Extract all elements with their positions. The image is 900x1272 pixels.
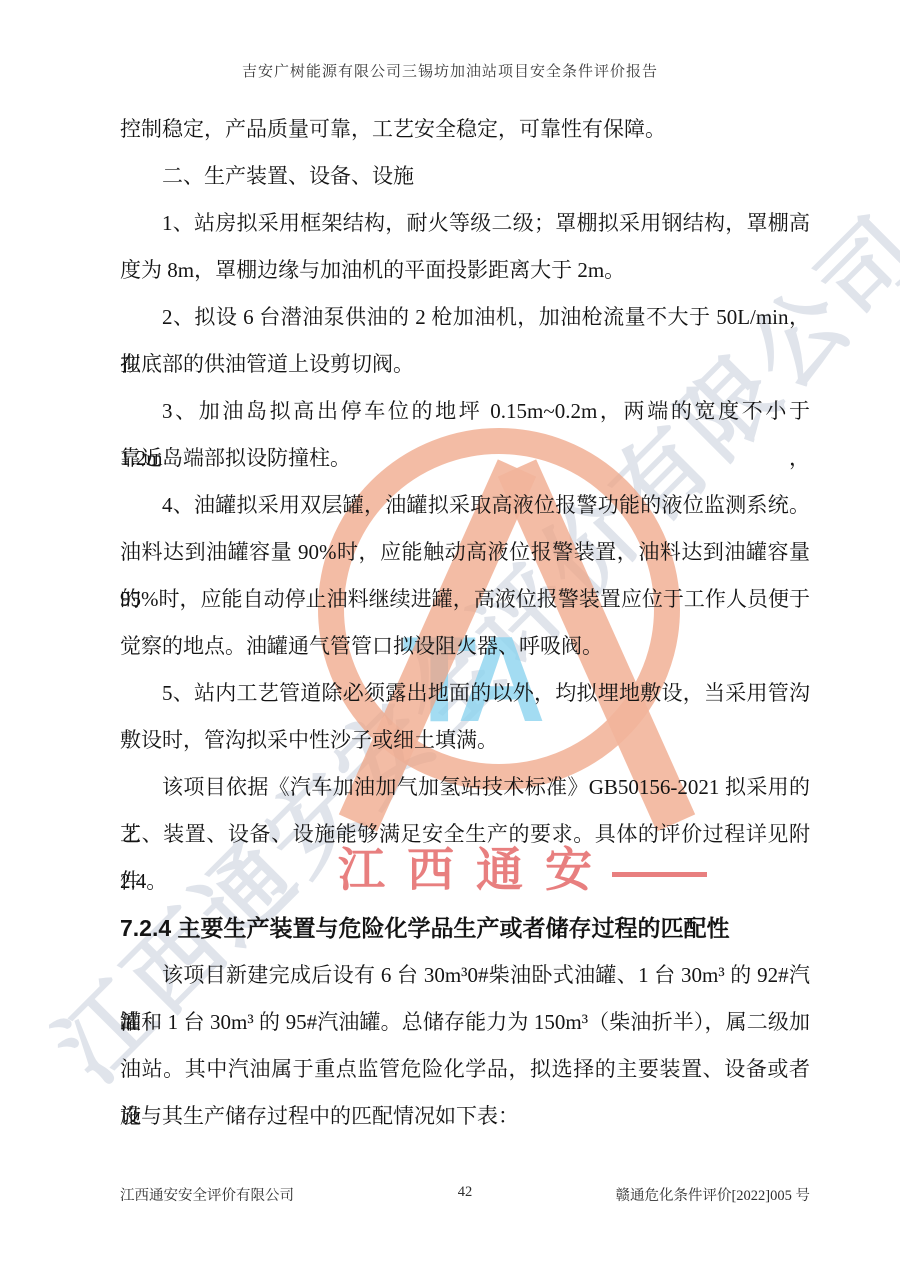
body-line: 95%时，应能自动停止油料继续进罐，高液位报警装置应位于工作人员便于 <box>120 576 810 623</box>
body-line: 该项目新建完成后设有 6 台 30m³0#柴油卧式油罐、1 台 30m³ 的 9… <box>120 952 810 999</box>
body-line: 度为 8m，罩棚边缘与加油机的平面投影距离大于 2m。 <box>120 247 810 294</box>
body-line: 觉察的地点。油罐通气管管口拟设阻火器、呼吸阀。 <box>120 623 810 670</box>
content-layer: 吉安广树能源有限公司三锡坊加油站项目安全条件评价报告 控制稳定，产品质量可靠，工… <box>0 0 900 1272</box>
body-line: 5、站内工艺管道除必须露出地面的以外，均拟埋地敷设，当采用管沟 <box>120 670 810 717</box>
body-line: 控制稳定，产品质量可靠，工艺安全稳定，可靠性有保障。 <box>120 106 810 153</box>
body-text: 控制稳定，产品质量可靠，工艺安全稳定，可靠性有保障。二、生产装置、设备、设施1、… <box>120 106 810 1140</box>
page-header-title: 吉安广树能源有限公司三锡坊加油站项目安全条件评价报告 <box>0 60 900 81</box>
body-line: 油站。其中汽油属于重点监管危险化学品，拟选择的主要装置、设备或者设 <box>120 1046 810 1093</box>
body-line: 敷设时，管沟拟采中性沙子或细土填满。 <box>120 717 810 764</box>
body-line: 2.4。 <box>120 858 810 905</box>
body-line: 2、拟设 6 台潜油泵供油的 2 枪加油机，加油枪流量不大于 50L/min，拟 <box>120 294 810 341</box>
body-line: 施与其生产储存过程中的匹配情况如下表： <box>120 1093 810 1140</box>
body-line: 油料达到油罐容量 90%时，应能触动高液位报警装置，油料达到油罐容量的 <box>120 529 810 576</box>
body-line: 该项目依据《汽车加油加气加氢站技术标准》GB50156-2021 拟采用的工 <box>120 764 810 811</box>
body-line: 二、生产装置、设备、设施 <box>120 153 810 200</box>
footer-doc-number: 赣通危化条件评价[2022]005 号 <box>615 1184 810 1205</box>
body-line: 在底部的供油管道上设剪切阀。 <box>120 341 810 388</box>
body-line: 罐和 1 台 30m³ 的 95#汽油罐。总储存能力为 150m³（柴油折半），… <box>120 999 810 1046</box>
body-line: 3、加油岛拟高出停车位的地坪 0.15m~0.2m，两端的宽度不小于 1.2m， <box>120 388 810 435</box>
body-line: 4、油罐拟采用双层罐，油罐拟采取高液位报警功能的液位监测系统。 <box>120 482 810 529</box>
body-line: 艺、装置、设备、设施能够满足安全生产的要求。具体的评价过程详见附件 <box>120 811 810 858</box>
document-page: 江西通安安全评价有限公司 TA 江西通安 吉安广树能源有限公司三锡坊加油站项目安… <box>0 0 900 1272</box>
page-footer: 江西通安安全评价有限公司 42 赣通危化条件评价[2022]005 号 <box>120 1184 810 1204</box>
section-heading: 7.2.4 主要生产装置与危险化学品生产或者储存过程的匹配性 <box>120 905 810 952</box>
body-line: 1、站房拟采用框架结构，耐火等级二级；罩棚拟采用钢结构，罩棚高 <box>120 200 810 247</box>
